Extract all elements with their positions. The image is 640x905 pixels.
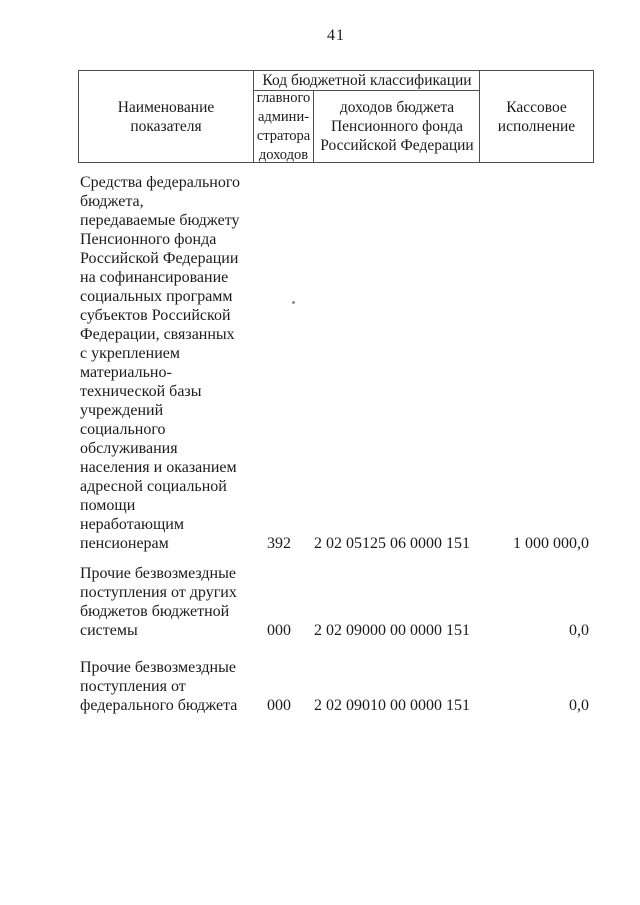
table-row-classification-code: 2 02 09010 00 0000 151 bbox=[314, 696, 470, 715]
header-cell-income-budget: доходов бюджета Пенсионного фонда Россий… bbox=[314, 91, 480, 162]
table-row-name: Прочие безвозмездные поступления от друг… bbox=[80, 564, 272, 640]
table-row-cash-value: 1 000 000,0 bbox=[449, 534, 589, 553]
header-cell-indicator-name: Наименование показателя bbox=[79, 71, 254, 162]
page-number: 41 bbox=[78, 27, 594, 45]
scan-artifact-dot bbox=[292, 301, 295, 304]
table-row-admin-code: 000 bbox=[248, 696, 310, 715]
table-row-name: Средства федерального бюджета, передавае… bbox=[80, 173, 272, 553]
table-row-admin-code: 000 bbox=[248, 621, 310, 640]
table-row-cash-value: 0,0 bbox=[449, 696, 589, 715]
document-page: 41 Наименование показателя Код бюджетной… bbox=[0, 0, 640, 905]
table-row-classification-code: 2 02 09000 00 0000 151 bbox=[314, 621, 470, 640]
header-cell-admin-code: главного админи- стратора доходов bbox=[254, 91, 314, 162]
header-cell-cash-execution: Кассовое исполнение bbox=[479, 71, 593, 162]
table-row-admin-code: 392 bbox=[248, 534, 310, 553]
table-row-cash-value: 0,0 bbox=[449, 621, 589, 640]
table-row-classification-code: 2 02 05125 06 0000 151 bbox=[314, 534, 470, 553]
table-row-name: Прочие безвозмездные поступления от феде… bbox=[80, 658, 272, 715]
table-header: Наименование показателя Код бюджетной кл… bbox=[78, 70, 594, 163]
